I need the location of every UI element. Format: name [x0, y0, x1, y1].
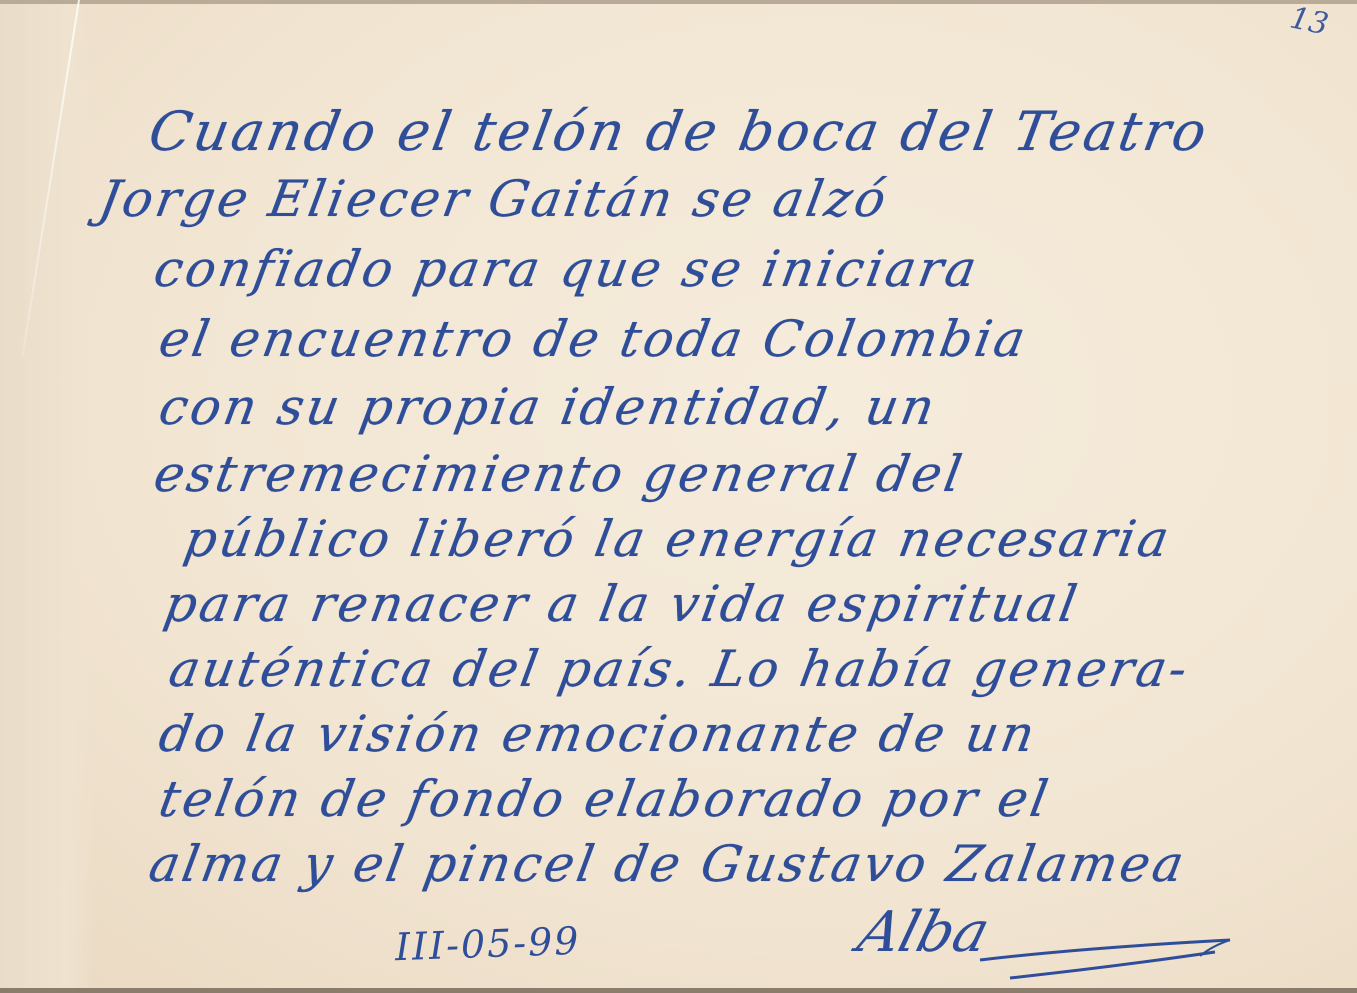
- handwritten-letter: 13 Cuando el telón de boca del Teatro Jo…: [0, 0, 1357, 993]
- letter-line-2: Jorge Eliecer Gaitán se alzó: [95, 170, 893, 228]
- letter-line-1: Cuando el telón de boca del Teatro: [144, 100, 1214, 163]
- signature-flourish-icon: [860, 900, 1260, 990]
- letter-line-11: telón de fondo elaborado por el: [155, 770, 1055, 828]
- letter-line-3: confiado para que se iniciara: [150, 240, 984, 298]
- letter-line-10: do la visión emocionante de un: [155, 705, 1042, 763]
- paper-crease: [22, 0, 80, 356]
- letter-line-5: con su propia identidad, un: [155, 378, 942, 436]
- letter-line-12: alma y el pincel de Gustavo Zalamea: [145, 835, 1191, 893]
- letter-line-6: estremecimiento general del: [150, 445, 969, 503]
- signature: Alba: [860, 900, 1260, 990]
- paper-bottom-edge: [0, 988, 1357, 993]
- letter-line-7: público liberó la energía necesaria: [180, 510, 1176, 568]
- letter-line-8: para renacer a la vida espiritual: [160, 575, 1084, 633]
- letter-line-4: el encuentro de toda Colombia: [155, 310, 1033, 368]
- page-number: 13: [1287, 0, 1332, 42]
- paper-top-edge: [0, 0, 1357, 4]
- letter-line-9: auténtica del país. Lo había genera-: [165, 640, 1195, 698]
- letter-date: III-05-99: [394, 919, 581, 969]
